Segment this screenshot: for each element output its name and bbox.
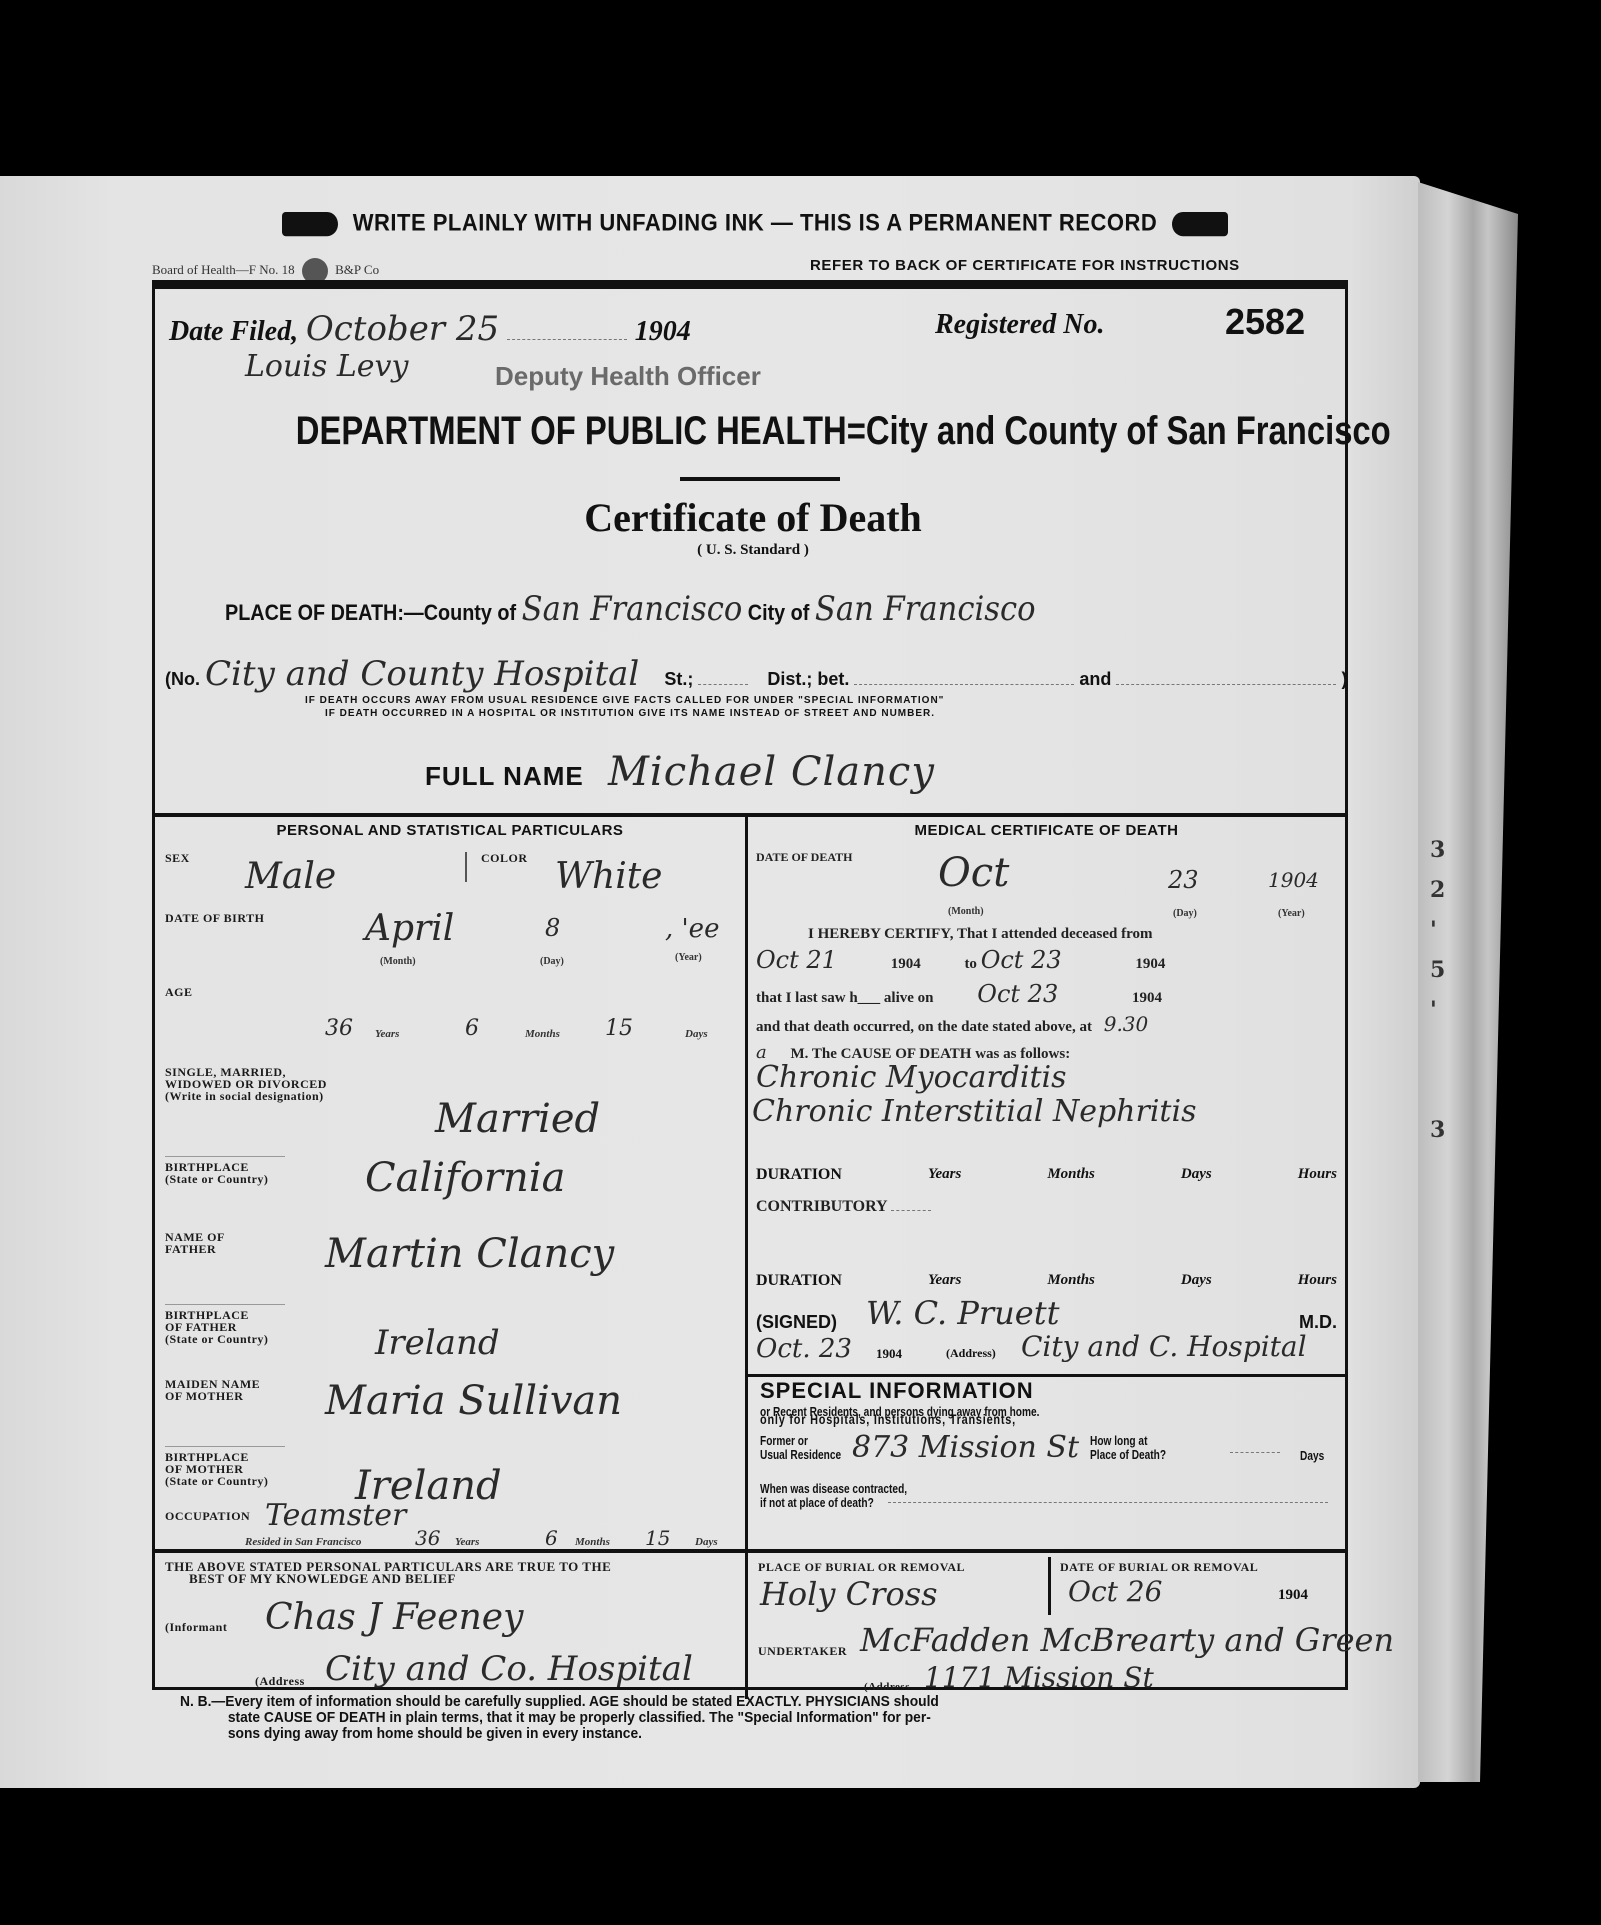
signed-line: (SIGNED) W. C. Pruett M.D. — [756, 1294, 1337, 1334]
attended-to-year: 1904 — [1135, 956, 1165, 972]
mother-value: Maria Sullivan — [325, 1378, 622, 1424]
attended-from: Oct 21 — [756, 946, 837, 974]
physician-signature: W. C. Pruett — [866, 1294, 1059, 1332]
age-label: AGE — [165, 986, 193, 998]
street-label: St.; — [664, 669, 693, 689]
printer-name: B&P Co — [335, 262, 379, 277]
contributory-label: CONTRIBUTORY — [756, 1198, 887, 1215]
full-name-label: FULL NAME — [425, 761, 584, 791]
physician-address-label: (Address) — [946, 1346, 996, 1361]
mother-birthplace-label: BIRTHPLACE OF MOTHER (State or Country) — [165, 1451, 268, 1487]
date-filed: Date Filed, October 25 1904 — [169, 309, 691, 349]
label-line: (State or Country) — [165, 1332, 268, 1346]
statement-line: BEST OF MY KNOWLEDGE AND BELIEF — [165, 1573, 611, 1585]
attended-to: Oct 23 — [981, 946, 1062, 974]
undertaker-address-label: (Address — [864, 1681, 910, 1693]
death-certificate-form: Date Filed, October 25 1904 Registered N… — [152, 280, 1348, 1690]
duration-row-2: DURATION Years Months Days Hours — [756, 1272, 1337, 1290]
personal-title: PERSONAL AND STATISTICAL PARTICULARS — [155, 822, 745, 839]
margin-mark: ' — [1430, 990, 1445, 1030]
last-saw-value: Oct 23 — [977, 980, 1058, 1008]
medical-certificate: MEDICAL CERTIFICATE OF DEATH DATE OF DEA… — [748, 816, 1345, 1550]
day-caption: (Day) — [1173, 908, 1197, 919]
how-long-label: How long at Place of Death? — [1090, 1434, 1166, 1462]
age-years: 36 — [325, 1016, 353, 1041]
father-row: NAME OF FATHER Martin Clancy — [165, 1231, 745, 1291]
cause-of-death-2: Chronic Interstitial Nephritis — [752, 1094, 1196, 1129]
month-caption: (Month) — [948, 906, 984, 917]
registered-label: Registered No. — [935, 309, 1105, 341]
personal-particulars: PERSONAL AND STATISTICAL PARTICULARS SEX… — [155, 816, 745, 1550]
label-line: When was disease contracted, — [760, 1482, 907, 1496]
refer-instructions: REFER TO BACK OF CERTIFICATE FOR INSTRUC… — [810, 257, 1240, 274]
signed-label: (SIGNED) — [756, 1312, 837, 1333]
days-label: Days — [1300, 1448, 1324, 1463]
burial-place-label: PLACE OF BURIAL OR REMOVAL — [758, 1561, 965, 1573]
label-line: if not at place of death? — [760, 1496, 907, 1510]
district-label: Dist.; bet. — [767, 669, 849, 689]
place-address-line: (No. City and County Hospital St.; Dist.… — [165, 654, 1347, 694]
father-birthplace-label: BIRTHPLACE OF FATHER (State or Country) — [165, 1309, 268, 1345]
occurred-line: and that death occurred, on the date sta… — [756, 1012, 1148, 1036]
certify-text: I HEREBY CERTIFY, That I attended deceas… — [808, 926, 1153, 943]
burial-place: Holy Cross — [760, 1575, 938, 1613]
title-divider — [680, 477, 840, 481]
informant-label: (Informant — [165, 1621, 227, 1633]
burial-date: Oct 26 — [1068, 1575, 1162, 1608]
signed-date-line: Oct. 23 1904 (Address) City and C. Hospi… — [756, 1334, 1337, 1374]
city-label: City of — [748, 600, 810, 625]
marital-label: SINGLE, MARRIED, WIDOWED OR DIVORCED (Wr… — [165, 1066, 327, 1102]
year-caption: (Year) — [675, 952, 702, 963]
to-label: to — [964, 956, 977, 972]
full-name-value: Michael Clancy — [608, 749, 935, 795]
margin-mark: 2 — [1430, 870, 1445, 910]
informant-address-label: (Address — [255, 1675, 305, 1687]
age-row: AGE 36 Years 6 Months 15 Days — [165, 986, 745, 1056]
label-line: Place of Death? — [1090, 1448, 1166, 1462]
date-filed-value: October 25 — [306, 309, 499, 349]
margin-mark: ' — [1430, 910, 1445, 950]
margin-mark: 5 — [1430, 950, 1445, 990]
years-caption: Years — [455, 1536, 479, 1548]
resided-years: 36 — [415, 1526, 440, 1550]
informant-name: Chas J Feeney — [265, 1597, 523, 1638]
footer-line: sons dying away from home should be give… — [180, 1726, 1174, 1742]
resided-row: Resided in San Francisco 36 Years 6 Mont… — [165, 1530, 745, 1550]
birthplace-row: BIRTHPLACE (State or Country) California — [165, 1161, 745, 1221]
last-saw-text: that I last saw h___ alive on — [756, 990, 934, 1006]
footer-line: state CAUSE OF DEATH in plain terms, tha… — [180, 1710, 1174, 1726]
place-of-death: PLACE OF DEATH:—County of San Francisco … — [225, 589, 1036, 629]
days-caption: Days — [685, 1028, 708, 1040]
former-residence-label: Former or Usual Residence — [760, 1434, 841, 1462]
mother-label: MAIDEN NAME OF MOTHER — [165, 1378, 260, 1402]
special-line-2: or Recent Residents, and persons dying a… — [760, 1404, 1039, 1419]
years-caption: Years — [928, 1166, 961, 1184]
county-value: San Francisco — [522, 589, 743, 629]
undertaker-address: 1171 Mission St — [924, 1661, 1154, 1694]
institution-value: City and County Hospital — [205, 654, 639, 694]
dob-year: , 'ee — [665, 914, 719, 944]
undertaker-value: McFadden McBrearty and Green — [860, 1621, 1394, 1659]
duration-row-1: DURATION Years Months Days Hours — [756, 1166, 1337, 1184]
burial-section: PLACE OF BURIAL OR REMOVAL Holy Cross DA… — [748, 1553, 1345, 1699]
hours-caption: Hours — [1298, 1272, 1337, 1290]
attended-from-year: 1904 — [891, 956, 921, 972]
former-residence: 873 Mission St — [852, 1430, 1079, 1465]
medical-title: MEDICAL CERTIFICATE OF DEATH — [748, 822, 1345, 839]
special-information: SPECIAL INFORMATION only for Hospitals, … — [748, 1378, 1345, 1550]
age-days: 15 — [605, 1016, 633, 1041]
sex-row: SEX Male COLOR White — [165, 852, 745, 912]
age-months: 6 — [465, 1016, 479, 1041]
dob-day: 8 — [545, 914, 560, 942]
duration-label: DURATION — [756, 1166, 842, 1184]
margin-mark: 3 — [1430, 830, 1445, 870]
no-label: (No. — [165, 669, 200, 689]
informant-section: THE ABOVE STATED PERSONAL PARTICULARS AR… — [155, 1553, 745, 1699]
months-caption: Months — [1047, 1166, 1095, 1184]
date-filed-year: 1904 — [635, 316, 691, 347]
registered-number: 2582 — [1225, 301, 1305, 343]
attended-line: Oct 21 1904 to Oct 23 1904 — [756, 946, 1165, 974]
days-caption: Days — [1181, 1272, 1212, 1290]
residence-row: Former or Usual Residence 873 Mission St… — [760, 1432, 1340, 1472]
months-caption: Months — [525, 1028, 560, 1040]
place-of-death-label: PLACE OF DEATH:—County of — [225, 600, 516, 625]
informant-statement: THE ABOVE STATED PERSONAL PARTICULARS AR… — [165, 1561, 611, 1585]
label-line: OF MOTHER — [165, 1389, 243, 1403]
margin-marks: 3 2 ' 5 ' 3 — [1430, 830, 1445, 1150]
resided-months: 6 — [545, 1526, 558, 1550]
mother-row: MAIDEN NAME OF MOTHER Maria Sullivan — [165, 1378, 745, 1438]
time-of-death: 9.30 — [1104, 1012, 1149, 1036]
dod-year: 1904 — [1268, 868, 1319, 892]
sex-value: Male — [245, 856, 336, 897]
dod-label: DATE OF DEATH — [756, 850, 852, 865]
months-caption: Months — [575, 1536, 610, 1548]
color-label: COLOR — [481, 852, 528, 864]
department-title: DEPARTMENT OF PUBLIC HEALTH=City and Cou… — [296, 409, 1214, 454]
dod-day: 23 — [1168, 866, 1199, 894]
instruction-line: IF DEATH OCCURRED IN A HOSPITAL OR INSTI… — [305, 707, 944, 720]
marital-row: SINGLE, MARRIED, WIDOWED OR DIVORCED (Wr… — [165, 1066, 745, 1146]
duration-label: DURATION — [756, 1272, 842, 1290]
burial-date-label: DATE of BURIAL or REMOVAL — [1060, 1561, 1258, 1573]
dod-month: Oct — [938, 850, 1009, 896]
contracted-label: When was disease contracted, if not at p… — [760, 1482, 907, 1510]
years-caption: Years — [928, 1272, 961, 1290]
footer-line: N. B.—Every item of information should b… — [180, 1694, 1174, 1710]
dob-row: DATE OF BIRTH April 8 , 'ee (Month) (Day… — [165, 912, 745, 982]
signed-date: Oct. 23 — [756, 1334, 852, 1364]
hours-caption: Hours — [1298, 1166, 1337, 1184]
label-line: (Write in social designation) — [165, 1089, 324, 1103]
certificate-subtitle: ( U. S. Standard ) — [155, 542, 1351, 559]
special-divider — [748, 1374, 1345, 1377]
father-label: NAME OF FATHER — [165, 1231, 225, 1255]
last-saw-line: that I last saw h___ alive on Oct 23 190… — [756, 980, 1162, 1008]
years-caption: Years — [375, 1028, 399, 1040]
label-line: (State or Country) — [165, 1474, 268, 1488]
footer-note: N. B.—Every item of information should b… — [180, 1694, 1174, 1742]
mother-birthplace-row: BIRTHPLACE OF MOTHER (State or Country) … — [165, 1451, 745, 1511]
day-caption: (Day) — [540, 956, 564, 967]
color-value: White — [555, 856, 662, 897]
days-caption: Days — [695, 1536, 718, 1548]
date-filed-label: Date Filed, — [169, 316, 298, 347]
and-label: and — [1079, 669, 1111, 689]
instruction-line: IF DEATH OCCURS AWAY FROM USUAL RESIDENC… — [305, 694, 944, 707]
months-caption: Months — [1047, 1272, 1095, 1290]
occupation-label: OCCUPATION — [165, 1510, 250, 1522]
margin-mark: 3 — [1430, 1110, 1445, 1150]
birthplace-value: California — [365, 1155, 565, 1201]
marital-value: Married — [435, 1096, 600, 1142]
sex-label: SEX — [165, 852, 190, 864]
city-value: San Francisco — [815, 589, 1036, 629]
label-line: FATHER — [165, 1242, 216, 1256]
cause-of-death-1: Chronic Myocarditis — [756, 1060, 1067, 1095]
banner-text: WRITE PLAINLY WITH UNFADING INK — THIS I… — [353, 209, 1158, 237]
informant-address: City and Co. Hospital — [325, 1649, 693, 1689]
occurred-text: and that death occurred, on the date sta… — [756, 1019, 1092, 1035]
signed-year: 1904 — [876, 1346, 902, 1362]
label-line: Former or — [760, 1434, 841, 1448]
close-paren: ) — [1341, 669, 1347, 689]
undertaker-label: UNDERTAKER — [758, 1645, 847, 1657]
pointing-hand-icon — [1172, 212, 1228, 236]
ink-banner: WRITE PLAINLY WITH UNFADING INK — THIS I… — [210, 209, 1300, 238]
year-caption: (Year) — [1278, 908, 1305, 919]
label-line: Usual Residence — [760, 1448, 841, 1462]
burial-column-divider — [1048, 1557, 1051, 1615]
burial-year: 1904 — [1278, 1587, 1308, 1604]
contributory-line: CONTRIBUTORY — [756, 1198, 931, 1216]
days-caption: Days — [1181, 1166, 1212, 1184]
physician-address: City and C. Hospital — [1021, 1330, 1307, 1363]
label-line: (State or Country) — [165, 1172, 268, 1186]
occupation-value: Teamster — [265, 1498, 406, 1533]
officer-title: Deputy Health Officer — [495, 361, 761, 392]
label-line: How long at — [1090, 1434, 1166, 1448]
father-birthplace-value: Ireland — [375, 1323, 500, 1363]
place-instructions: IF DEATH OCCURS AWAY FROM USUAL RESIDENC… — [305, 694, 944, 720]
resided-label: Resided in San Francisco — [245, 1536, 361, 1548]
last-saw-year: 1904 — [1132, 990, 1162, 1006]
father-value: Martin Clancy — [325, 1231, 614, 1277]
month-caption: (Month) — [380, 956, 416, 967]
resided-days: 15 — [645, 1526, 670, 1550]
pointing-hand-icon — [282, 212, 338, 236]
dob-label: DATE OF BIRTH — [165, 912, 264, 924]
father-birthplace-row: BIRTHPLACE OF FATHER (State or Country) … — [165, 1309, 745, 1369]
full-name: FULL NAME Michael Clancy — [425, 749, 935, 795]
form-number: Board of Health—F No. 18 — [152, 262, 295, 277]
dob-month: April — [365, 908, 454, 949]
birthplace-label: BIRTHPLACE (State or Country) — [165, 1161, 268, 1185]
certificate-title: Certificate of Death — [155, 494, 1351, 541]
special-title: SPECIAL INFORMATION — [760, 1378, 1034, 1403]
officer-signature: Louis Levy — [245, 349, 408, 384]
